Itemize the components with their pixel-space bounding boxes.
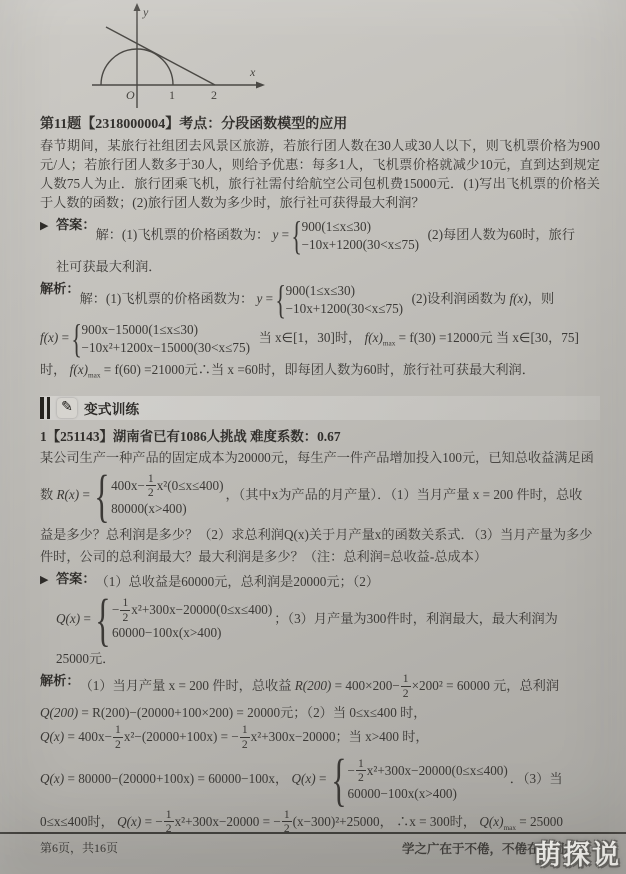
- math-variable: R(x): [56, 487, 79, 502]
- analysis-label: 解析：: [40, 671, 80, 690]
- math-text: 900(1≤x≤30): [302, 219, 371, 234]
- math-text: = 80000−(20000+100x) = 60000−100x，: [64, 772, 291, 787]
- piecewise-function: {900(1≤x≤30)−10x+1200(30<x≤75): [278, 282, 403, 318]
- question-1-body-line3: 件时，公司的总利润最大？最大利润是多少？（注：总利润=总收益-总成本）: [40, 547, 600, 566]
- math-variable: Q(x): [56, 611, 80, 626]
- function-graph-figure: y x O 1 2: [90, 0, 600, 110]
- fraction-denominator: 2: [356, 770, 366, 784]
- revenue-function-line: 数 R(x) = {400x−12x²(0≤x≤400)80000(x>400)…: [40, 470, 600, 522]
- math-text: (2)设利润函数为: [405, 291, 509, 306]
- scanned-worksheet-page: y x O 1 2 第11题【2318000004】考点：分段函数模型的应用 春…: [0, 0, 626, 874]
- math-text: =: [262, 291, 276, 306]
- piecewise-row: 900(1≤x≤30): [302, 219, 419, 236]
- piecewise-function: {400x−12x²(0≤x≤400)80000(x>400): [95, 470, 223, 522]
- math-variable: Q(x): [40, 729, 64, 744]
- piecewise-rows: −12x²+300x−20000(0≤x≤400)60000−100x(x>40…: [112, 598, 272, 642]
- math-text: ；（3）月产量为300件时，利润最大，最大利润为: [274, 611, 558, 626]
- math-text: x²+300x−20000；当 x>400 时，: [251, 729, 429, 744]
- math-variable: Q(200): [40, 705, 78, 720]
- y-axis-arrow-icon: [134, 3, 141, 11]
- math-text: = R(200)−(20000+100×200) = 20000元；（2）当 0…: [78, 705, 426, 720]
- tick-2-label: 2: [211, 88, 217, 102]
- piecewise-rows: 400x−12x²(0≤x≤400)80000(x>400): [111, 474, 223, 518]
- y-axis-label: y: [142, 5, 149, 19]
- math-variable: R(200): [295, 678, 332, 693]
- profit-function-conclusion: 时， f(x)max = f(60) =21000元∴当 x =60时，即每团人…: [40, 360, 600, 386]
- coordinate-graph: y x O 1 2: [90, 0, 280, 110]
- fraction-numerator: 1: [164, 809, 174, 822]
- watermark-logo: 萌探说: [534, 833, 621, 872]
- math-text: x²−(20000+100x) = −: [124, 729, 239, 744]
- fraction: 12: [164, 809, 174, 835]
- piecewise-brace: {: [72, 321, 83, 357]
- question-1-title: 1【251143】湖南省已有1086人挑战 难度系数：0.67: [40, 426, 600, 445]
- math-text: (2)每团人数为60时，旅行: [421, 227, 575, 242]
- math-text: x²(0≤x≤400): [157, 478, 224, 493]
- fraction-denominator: 2: [146, 485, 156, 499]
- answer-label: 答案：: [56, 215, 96, 234]
- line-segment: [106, 27, 215, 85]
- problem-11-answer-row: ▶ 答案： 解：(1)飞机票的价格函数为： y = {900(1≤x≤30)−1…: [40, 215, 600, 254]
- math-text: ．（3）当: [510, 772, 563, 787]
- math-text: =: [79, 487, 93, 502]
- piecewise-row: −10x+1200(30<x≤75): [302, 237, 419, 254]
- solution-line1: （1）当月产量 x = 200 件时，总收益 R(200) = 400×200−…: [80, 674, 559, 700]
- piecewise-rows: −12x²+300x−20000(0≤x≤400)60000−100x(x>40…: [348, 759, 508, 803]
- math-text: （1）当月产量 x = 200 件时，总收益: [80, 678, 295, 693]
- math-text: 400x−: [111, 478, 145, 493]
- problem-11-body: 春节期间，某旅行社组团去风景区旅游，若旅行团人数在30人或30人以下，则飞机票价…: [40, 136, 600, 212]
- fraction-denominator: 2: [120, 610, 130, 624]
- piecewise-brace: {: [276, 282, 287, 318]
- math-text: −: [348, 763, 355, 778]
- question-1-answer-row: ▶ 答案： （1）总收益是60000元，总利润是20000元；（2）: [40, 569, 600, 591]
- math-text: ，（其中x为产品的月产量）．（1）当月产量 x = 200 件时，总收: [225, 487, 582, 502]
- math-text: −10x+1200(30<x≤75): [286, 301, 403, 316]
- answer-formula: 解：(1)飞机票的价格函数为： y = {900(1≤x≤30)−10x+120…: [96, 218, 575, 254]
- fraction: 12: [356, 758, 366, 784]
- fraction: 12: [240, 724, 250, 750]
- math-text: = 25000: [516, 814, 563, 829]
- solution-line4: Q(x) = 80000−(20000+100x) = 60000−100x， …: [40, 754, 600, 806]
- math-text: x²+300x−20000 = −: [175, 814, 281, 829]
- footer-rule: [0, 832, 626, 834]
- profit-function-line: f(x) = {900x−15000(1≤x≤30)−10x²+1200x−15…: [40, 321, 600, 357]
- piecewise-brace: {: [292, 218, 303, 254]
- divider-bar: [47, 397, 51, 419]
- fraction: 12: [146, 473, 156, 499]
- variation-training-header: ✎ 变式训练: [40, 396, 600, 420]
- fraction: 12: [113, 724, 123, 750]
- answer-continuation: 社可获最大利润．: [56, 257, 600, 276]
- fraction-denominator: 2: [113, 737, 123, 751]
- math-text: (x−300)²+25000， ∴x = 300时，: [293, 814, 480, 829]
- math-variable: f(x): [509, 291, 527, 306]
- piecewise-function: {900(1≤x≤30)−10x+1200(30<x≤75): [294, 218, 419, 254]
- math-text: =: [58, 330, 72, 345]
- fraction-numerator: 1: [146, 473, 156, 486]
- answer-arrow-icon: ▶: [40, 569, 56, 590]
- piecewise-rows: 900x−15000(1≤x≤30)−10x²+1200x−15000(30<x…: [82, 322, 250, 356]
- piecewise-row: 60000−100x(x>400): [112, 625, 272, 642]
- fraction-denominator: 2: [401, 686, 411, 700]
- math-text: −10x+1200(30<x≤75): [302, 237, 419, 252]
- section-title: 变式训练: [84, 398, 139, 418]
- math-text: =: [316, 772, 330, 787]
- math-text: 解：(1)飞机票的价格函数为：: [96, 227, 273, 242]
- question-1-analysis-row: 解析： （1）当月产量 x = 200 件时，总收益 R(200) = 400×…: [40, 671, 600, 700]
- answer-line1: （1）总收益是60000元，总利润是20000元；（2）: [96, 572, 380, 591]
- math-text: x²+300x−20000(0≤x≤400): [131, 602, 272, 617]
- math-text: = −: [141, 814, 162, 829]
- fraction-numerator: 1: [120, 597, 130, 610]
- x-axis-arrow-icon: [256, 82, 265, 89]
- math-text: 80000(x>400): [111, 501, 187, 516]
- fraction-numerator: 1: [113, 724, 123, 737]
- fraction: 12: [120, 597, 130, 623]
- fraction-denominator: 2: [240, 737, 250, 751]
- math-subscript: max: [504, 823, 516, 831]
- math-subscript: max: [383, 340, 395, 348]
- piecewise-function: {−12x²+300x−20000(0≤x≤400)60000−100x(x>4…: [332, 754, 508, 806]
- piecewise-row: 80000(x>400): [111, 501, 223, 518]
- page-content: y x O 1 2 第11题【2318000004】考点：分段函数模型的应用 春…: [40, 0, 600, 837]
- analysis-formula: 解：(1)飞机票的价格函数为： y = {900(1≤x≤30)−10x+120…: [80, 282, 555, 318]
- piecewise-row: −12x²+300x−20000(0≤x≤400): [348, 759, 508, 785]
- piecewise-brace: {: [331, 754, 346, 806]
- x-axis-label: x: [249, 65, 256, 79]
- math-text: 60000−100x(x>400): [348, 786, 457, 801]
- math-variable: Q(x): [40, 772, 64, 787]
- piecewise-row: −12x²+300x−20000(0≤x≤400): [112, 598, 272, 624]
- fraction-numerator: 1: [356, 758, 366, 771]
- math-text: ，则: [528, 291, 554, 306]
- pencil-icon: ✎: [61, 401, 73, 415]
- analysis-label: 解析：: [40, 279, 80, 298]
- piecewise-row: −10x²+1200x−15000(30<x≤75): [82, 340, 250, 357]
- math-text: 900x−15000(1≤x≤30): [82, 322, 198, 337]
- math-text: 数: [40, 487, 56, 502]
- piecewise-function: {900x−15000(1≤x≤30)−10x²+1200x−15000(30<…: [74, 321, 250, 357]
- answer-arrow-icon: ▶: [40, 215, 56, 236]
- piecewise-brace: {: [94, 470, 109, 522]
- math-subscript: max: [88, 372, 100, 380]
- profit-piecewise-answer: Q(x) = {−12x²+300x−20000(0≤x≤400)60000−1…: [56, 594, 600, 646]
- math-text: 60000−100x(x>400): [112, 625, 221, 640]
- math-variable: Q(x): [479, 814, 503, 829]
- tick-1-label: 1: [169, 88, 175, 102]
- math-text: =: [278, 227, 292, 242]
- problem-11-title: 第11题【2318000004】考点：分段函数模型的应用: [40, 113, 600, 133]
- divider-bar: [40, 397, 44, 419]
- pencil-icon-box: ✎: [57, 398, 77, 418]
- piecewise-rows: 900(1≤x≤30)−10x+1200(30<x≤75): [302, 219, 419, 253]
- math-text: = f(30) =12000元 当 x∈[30，75]: [395, 330, 579, 345]
- solution-line2: Q(200) = R(200)−(20000+100×200) = 20000元…: [40, 703, 600, 722]
- math-variable: Q(x): [117, 814, 141, 829]
- problem-11-analysis-row: 解析： 解：(1)飞机票的价格函数为： y = {900(1≤x≤30)−10x…: [40, 279, 600, 318]
- piecewise-row: −10x+1200(30<x≤75): [286, 301, 403, 318]
- piecewise-row: 400x−12x²(0≤x≤400): [111, 474, 223, 500]
- math-text: 时，: [40, 362, 70, 377]
- fraction: 12: [282, 809, 292, 835]
- math-text: ×200² = 60000 元，总利润: [412, 678, 559, 693]
- math-text: =: [80, 611, 94, 626]
- math-text: x²+300x−20000(0≤x≤400): [367, 763, 508, 778]
- question-1-body-line1: 某公司生产一种产品的固定成本为20000元，每生产一件产品增加投入100元，已知…: [40, 448, 600, 467]
- piecewise-brace: {: [95, 594, 110, 646]
- answer-line3: 25000元．: [56, 649, 600, 668]
- math-text: = 400x−: [64, 729, 112, 744]
- math-variable: f(x): [70, 362, 88, 377]
- piecewise-row: 900(1≤x≤30): [286, 283, 403, 300]
- math-text: 0≤x≤400时，: [40, 814, 117, 829]
- math-text: = 400×200−: [331, 678, 399, 693]
- answer-label: 答案：: [56, 569, 96, 588]
- piecewise-function: {−12x²+300x−20000(0≤x≤400)60000−100x(x>4…: [96, 594, 272, 646]
- math-text: 解：(1)飞机票的价格函数为：: [80, 291, 257, 306]
- piecewise-row: 60000−100x(x>400): [348, 786, 508, 803]
- piecewise-row: 900x−15000(1≤x≤30): [82, 322, 250, 339]
- fraction: 12: [401, 673, 411, 699]
- section-divider-bars: [40, 397, 50, 419]
- page-number: 第6页，共16页: [40, 839, 118, 856]
- math-text: 900(1≤x≤30): [286, 283, 355, 298]
- fraction-numerator: 1: [401, 673, 411, 686]
- math-variable: f(x): [40, 330, 58, 345]
- math-variable: f(x): [365, 330, 383, 345]
- question-1-body-line2: 益是多少？总利润是多少？（2）求总利润Q(x)关于月产量x的函数关系式．（3）当…: [40, 525, 600, 544]
- math-text: 当 x∈[1，30]时，: [252, 330, 365, 345]
- origin-label: O: [126, 88, 135, 102]
- math-text: −10x²+1200x−15000(30<x≤75): [82, 340, 250, 355]
- math-variable: Q(x): [291, 772, 315, 787]
- math-text: −: [112, 602, 119, 617]
- piecewise-rows: 900(1≤x≤30)−10x+1200(30<x≤75): [286, 283, 403, 317]
- solution-line3: Q(x) = 400x−12x²−(20000+100x) = −12x²+30…: [40, 725, 600, 751]
- fraction-numerator: 1: [282, 809, 292, 822]
- math-text: = f(60) =21000元∴当 x =60时，即每团人数为60时，旅行社可获…: [100, 362, 534, 377]
- fraction-numerator: 1: [240, 724, 250, 737]
